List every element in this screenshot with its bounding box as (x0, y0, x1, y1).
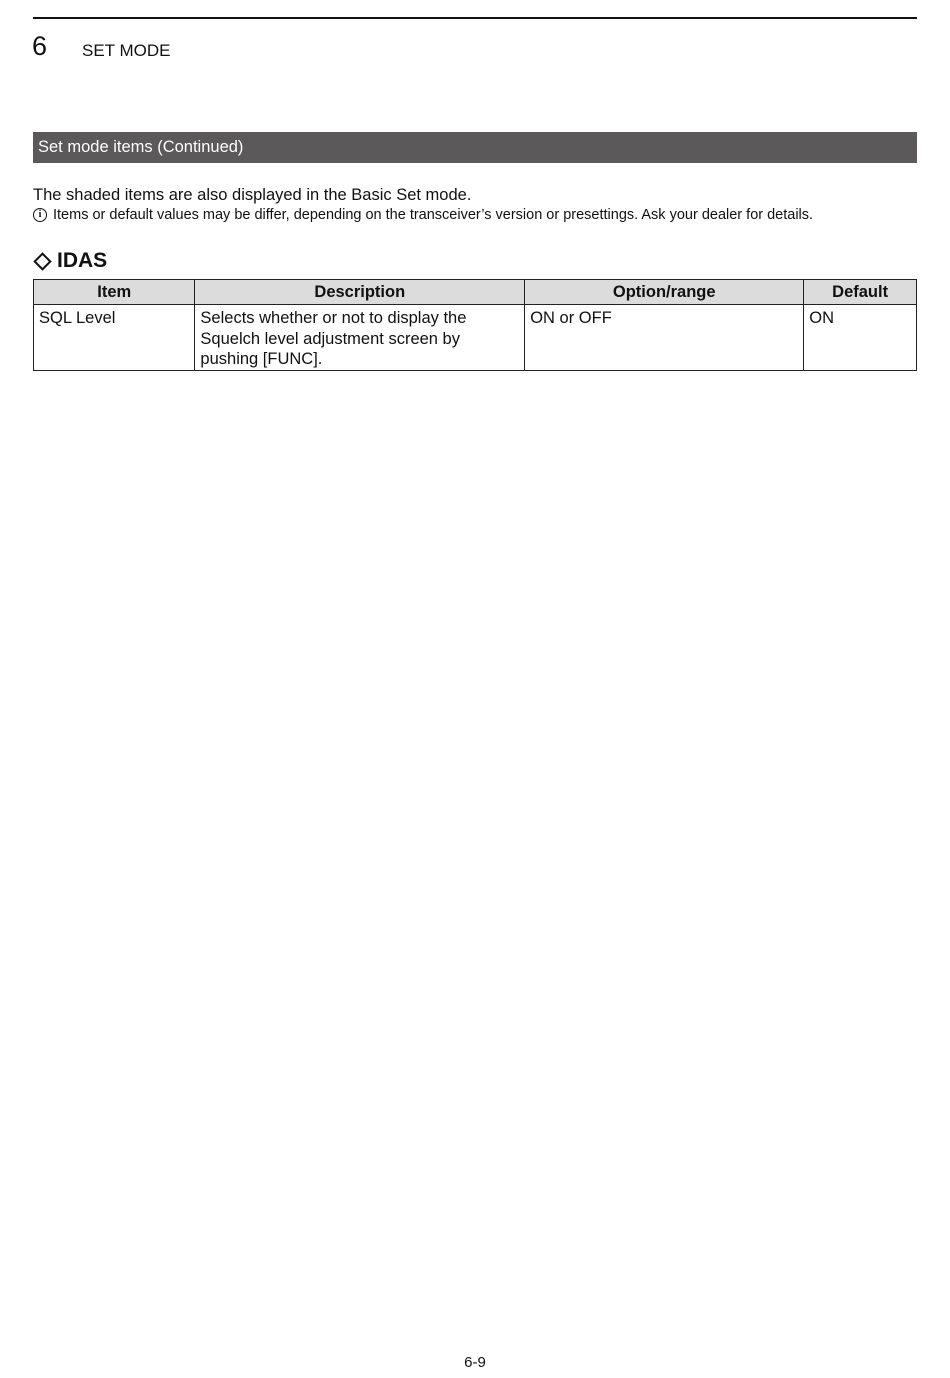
top-rule (33, 17, 917, 19)
chapter-number: 6 (32, 30, 47, 62)
cell-option: ON or OFF (525, 305, 804, 371)
header-default: Default (804, 280, 917, 305)
note: i Items or default values may be differ,… (33, 206, 813, 224)
settings-table: Item Description Option/range Default SQ… (33, 279, 917, 371)
note-text: Items or default values may be differ, d… (53, 206, 813, 224)
table-row: SQL Level Selects whether or not to disp… (34, 305, 917, 371)
cell-default: ON (804, 305, 917, 371)
intro-text: The shaded items are also displayed in t… (33, 185, 471, 205)
table-header-row: Item Description Option/range Default (34, 280, 917, 305)
header-item: Item (34, 280, 195, 305)
section-title: Set mode items (Continued) (38, 138, 243, 156)
cell-item: SQL Level (34, 305, 195, 371)
header-option-range: Option/range (525, 280, 804, 305)
page-number: 6-9 (0, 1354, 950, 1371)
subsection-title: IDAS (57, 248, 107, 274)
info-icon: i (33, 208, 47, 222)
chapter-title: SET MODE (82, 41, 170, 61)
subsection-heading: IDAS (33, 248, 107, 274)
section-title-bar: Set mode items (Continued) (33, 132, 917, 163)
header-description: Description (195, 280, 525, 305)
cell-description: Selects whether or not to display the Sq… (195, 305, 525, 371)
diamond-icon (33, 252, 51, 270)
